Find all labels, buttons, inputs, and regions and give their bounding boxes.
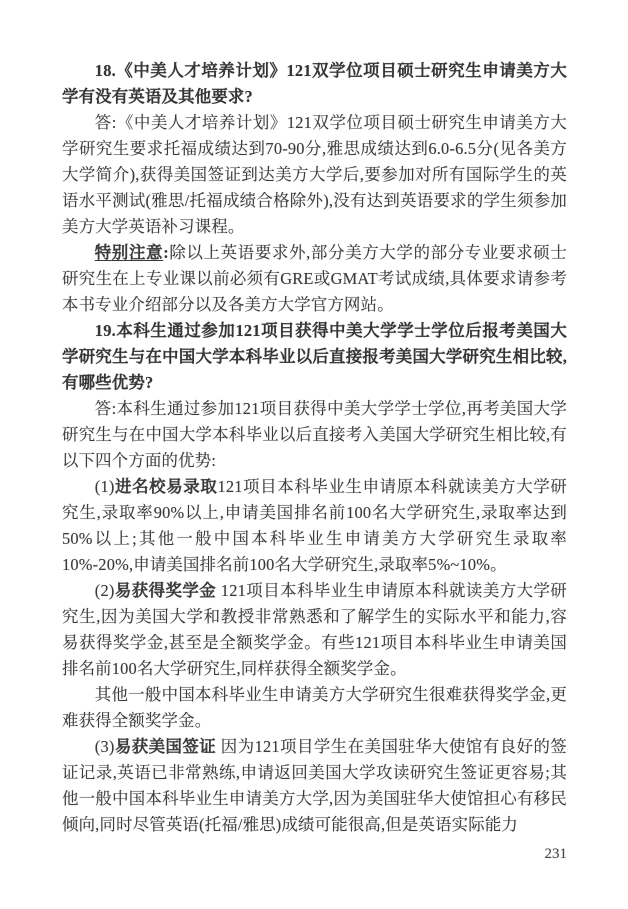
advantage-2-extra-paragraph: 其他一般中国本科毕业生申请美方大学研究生很难获得奖学金,更难获得全额奖学金。 <box>62 682 567 734</box>
advantage-2-paragraph: (2)易获得奖学金 121项目本科毕业生申请原本科就读美方大学研究生,因为美国大… <box>62 578 567 682</box>
advantage-1-paragraph: (1)进名校易录取121项目本科毕业生申请原本科就读美方大学研究生,录取率90%… <box>62 474 567 578</box>
text-column: 18.《中美人才培养计划》121双学位项目硕士研究生申请美方大学有没有英语及其他… <box>62 58 567 838</box>
advantage-2-marker: (2) <box>95 581 115 600</box>
advantage-1-marker: (1) <box>95 477 115 496</box>
page-number: 231 <box>545 844 568 864</box>
question-19-heading: 19.本科生通过参加121项目获得中美大学学士学位后报考美国大学研究生与在中国大… <box>62 318 567 396</box>
special-note-label: 特别注意 <box>95 243 163 262</box>
question-18-answer: 答:《中美人才培养计划》121双学位项目硕士研究生申请美方大学研究生要求托福成绩… <box>62 110 567 240</box>
advantage-2-label: 易获得奖学金 <box>115 581 217 600</box>
book-page: 18.《中美人才培养计划》121双学位项目硕士研究生申请美方大学有没有英语及其他… <box>0 0 628 909</box>
advantage-3-paragraph: (3)易获美国签证 因为121项目学生在美国驻华大使馆有良好的签证记录,英语已非… <box>62 734 567 838</box>
question-18-heading: 18.《中美人才培养计划》121双学位项目硕士研究生申请美方大学有没有英语及其他… <box>62 58 567 110</box>
advantage-1-label: 进名校易录取 <box>115 477 218 496</box>
advantage-3-label: 易获美国签证 <box>115 737 217 756</box>
advantage-3-marker: (3) <box>95 737 115 756</box>
special-note-paragraph: 特别注意:除以上英语要求外,部分美方大学的部分专业要求硕士研究生在上专业课以前必… <box>62 240 567 318</box>
question-19-answer-intro: 答:本科生通过参加121项目获得中美大学学士学位,再考美国大学研究生与在中国大学… <box>62 396 567 474</box>
